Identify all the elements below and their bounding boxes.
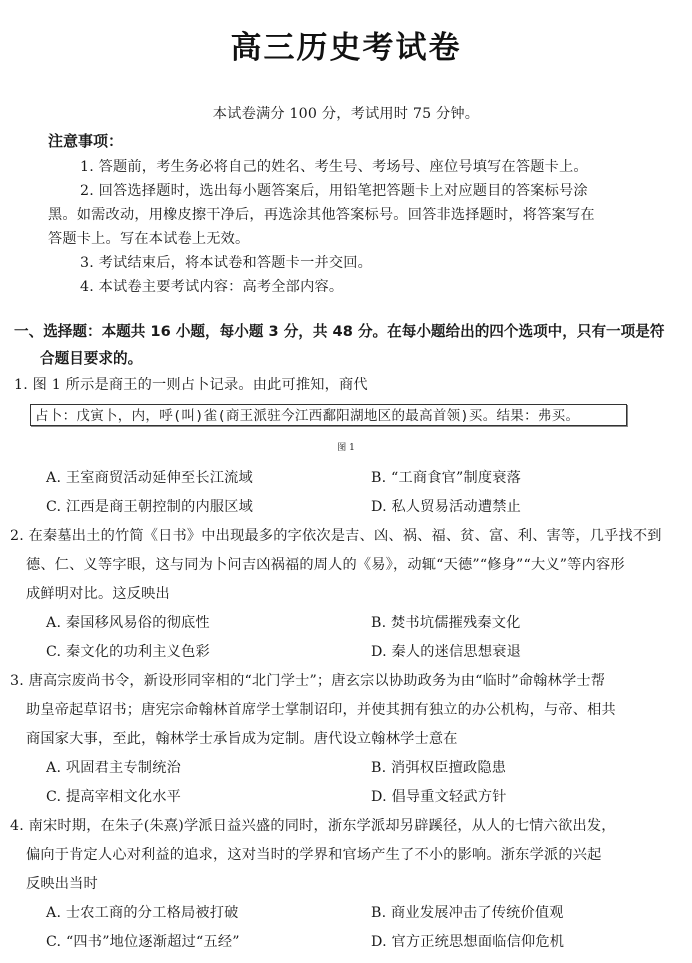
- option-b: B. 商业发展冲击了传统价值观: [371, 902, 564, 922]
- exam-info: 本试卷满分 100 分，考试用时 75 分钟。: [0, 103, 692, 123]
- option-d: D. 倡导重文轻武方针: [371, 786, 507, 806]
- notice-line: 黑。如需改动，用橡皮擦干净后，再选涂其他答案标号。回答非选择题时，将答案写在: [48, 204, 595, 224]
- option-c: C. “四书”地位逐渐超过“五经”: [46, 931, 240, 951]
- question-stem: 德、仁、义等字眼，这与同为卜问吉凶祸福的周人的《易》，动辄“天德”“修身”“大义…: [26, 554, 625, 574]
- question-stem: 助皇帝起草诏书；唐宪宗命翰林首席学士掌制诏印，并使其拥有独立的办公机构，与帝、相…: [26, 699, 616, 719]
- question-stem: 3. 唐高宗废尚书令，新设形同宰相的“北门学士”；唐玄宗以协助政务为由“临时”命…: [10, 670, 605, 690]
- option-b: B. 焚书坑儒摧残秦文化: [371, 612, 521, 632]
- question-stem: 2. 在秦墓出土的竹简《日书》中出现最多的字依次是吉、凶、祸、福、贫、富、利、害…: [10, 525, 662, 545]
- option-c: C. 秦文化的功利主义色彩: [46, 641, 210, 661]
- option-b: B. 消弭权臣擅政隐患: [371, 757, 506, 777]
- option-a: A. 秦国移风易俗的彻底性: [46, 612, 210, 632]
- notice-line: 2. 回答选择题时，选出每小题答案后，用铅笔把答题卡上对应题目的答案标号涂: [80, 180, 588, 200]
- figure-caption: 图 1: [0, 440, 692, 453]
- option-d: D. 官方正统思想面临信仰危机: [371, 931, 564, 951]
- question-stem: 成鲜明对比。这反映出: [26, 583, 170, 603]
- question-stem: 1. 图 1 所示是商王的一则占卜记录。由此可推知，商代: [14, 374, 368, 394]
- notice-line: 答题卡上。写在本试卷上无效。: [48, 228, 249, 248]
- question-stem: 反映出当时: [26, 873, 98, 893]
- option-d: D. 秦人的迷信思想衰退: [371, 641, 521, 661]
- question-stem: 商国家大事，至此，翰林学士承旨成为定制。唐代设立翰林学士意在: [26, 728, 458, 748]
- option-d: D. 私人贸易活动遭禁止: [371, 496, 521, 516]
- notice-heading: 注意事项：: [48, 130, 123, 151]
- option-b: B. “工商食官”制度衰落: [371, 467, 521, 487]
- question-stem: 4. 南宋时期，在朱子(朱熹)学派日益兴盛的同时，浙东学派却另辟蹊径，从人的七情…: [10, 815, 616, 835]
- figure-1-box: 占卜：戊寅卜，内，呼(叫)雀(商王派驻今江西鄱阳湖地区的最高首领)买。结果：弗买…: [30, 404, 627, 426]
- option-a: A. 王室商贸活动延伸至长江流域: [46, 467, 253, 487]
- page-title: 高三历史考试卷: [0, 22, 692, 67]
- question-stem: 偏向于肯定人心对利益的追求，这对当时的学界和官场产生了不小的影响。浙东学派的兴起: [26, 844, 602, 864]
- section-heading-line: 一、选择题：本题共 16 小题，每小题 3 分，共 48 分。在每小题给出的四个…: [14, 320, 664, 341]
- option-a: A. 士农工商的分工格局被打破: [46, 902, 239, 922]
- section-heading-line: 合题目要求的。: [40, 347, 142, 368]
- notice-line: 4. 本试卷主要考试内容：高考全部内容。: [80, 276, 343, 296]
- option-c: C. 提高宰相文化水平: [46, 786, 181, 806]
- option-c: C. 江西是商王朝控制的内服区域: [46, 496, 253, 516]
- option-a: A. 巩固君主专制统治: [46, 757, 181, 777]
- notice-line: 1. 答题前，考生务必将自己的姓名、考生号、考场号、座位号填写在答题卡上。: [80, 156, 588, 176]
- notice-line: 3. 考试结束后，将本试卷和答题卡一并交回。: [80, 252, 372, 272]
